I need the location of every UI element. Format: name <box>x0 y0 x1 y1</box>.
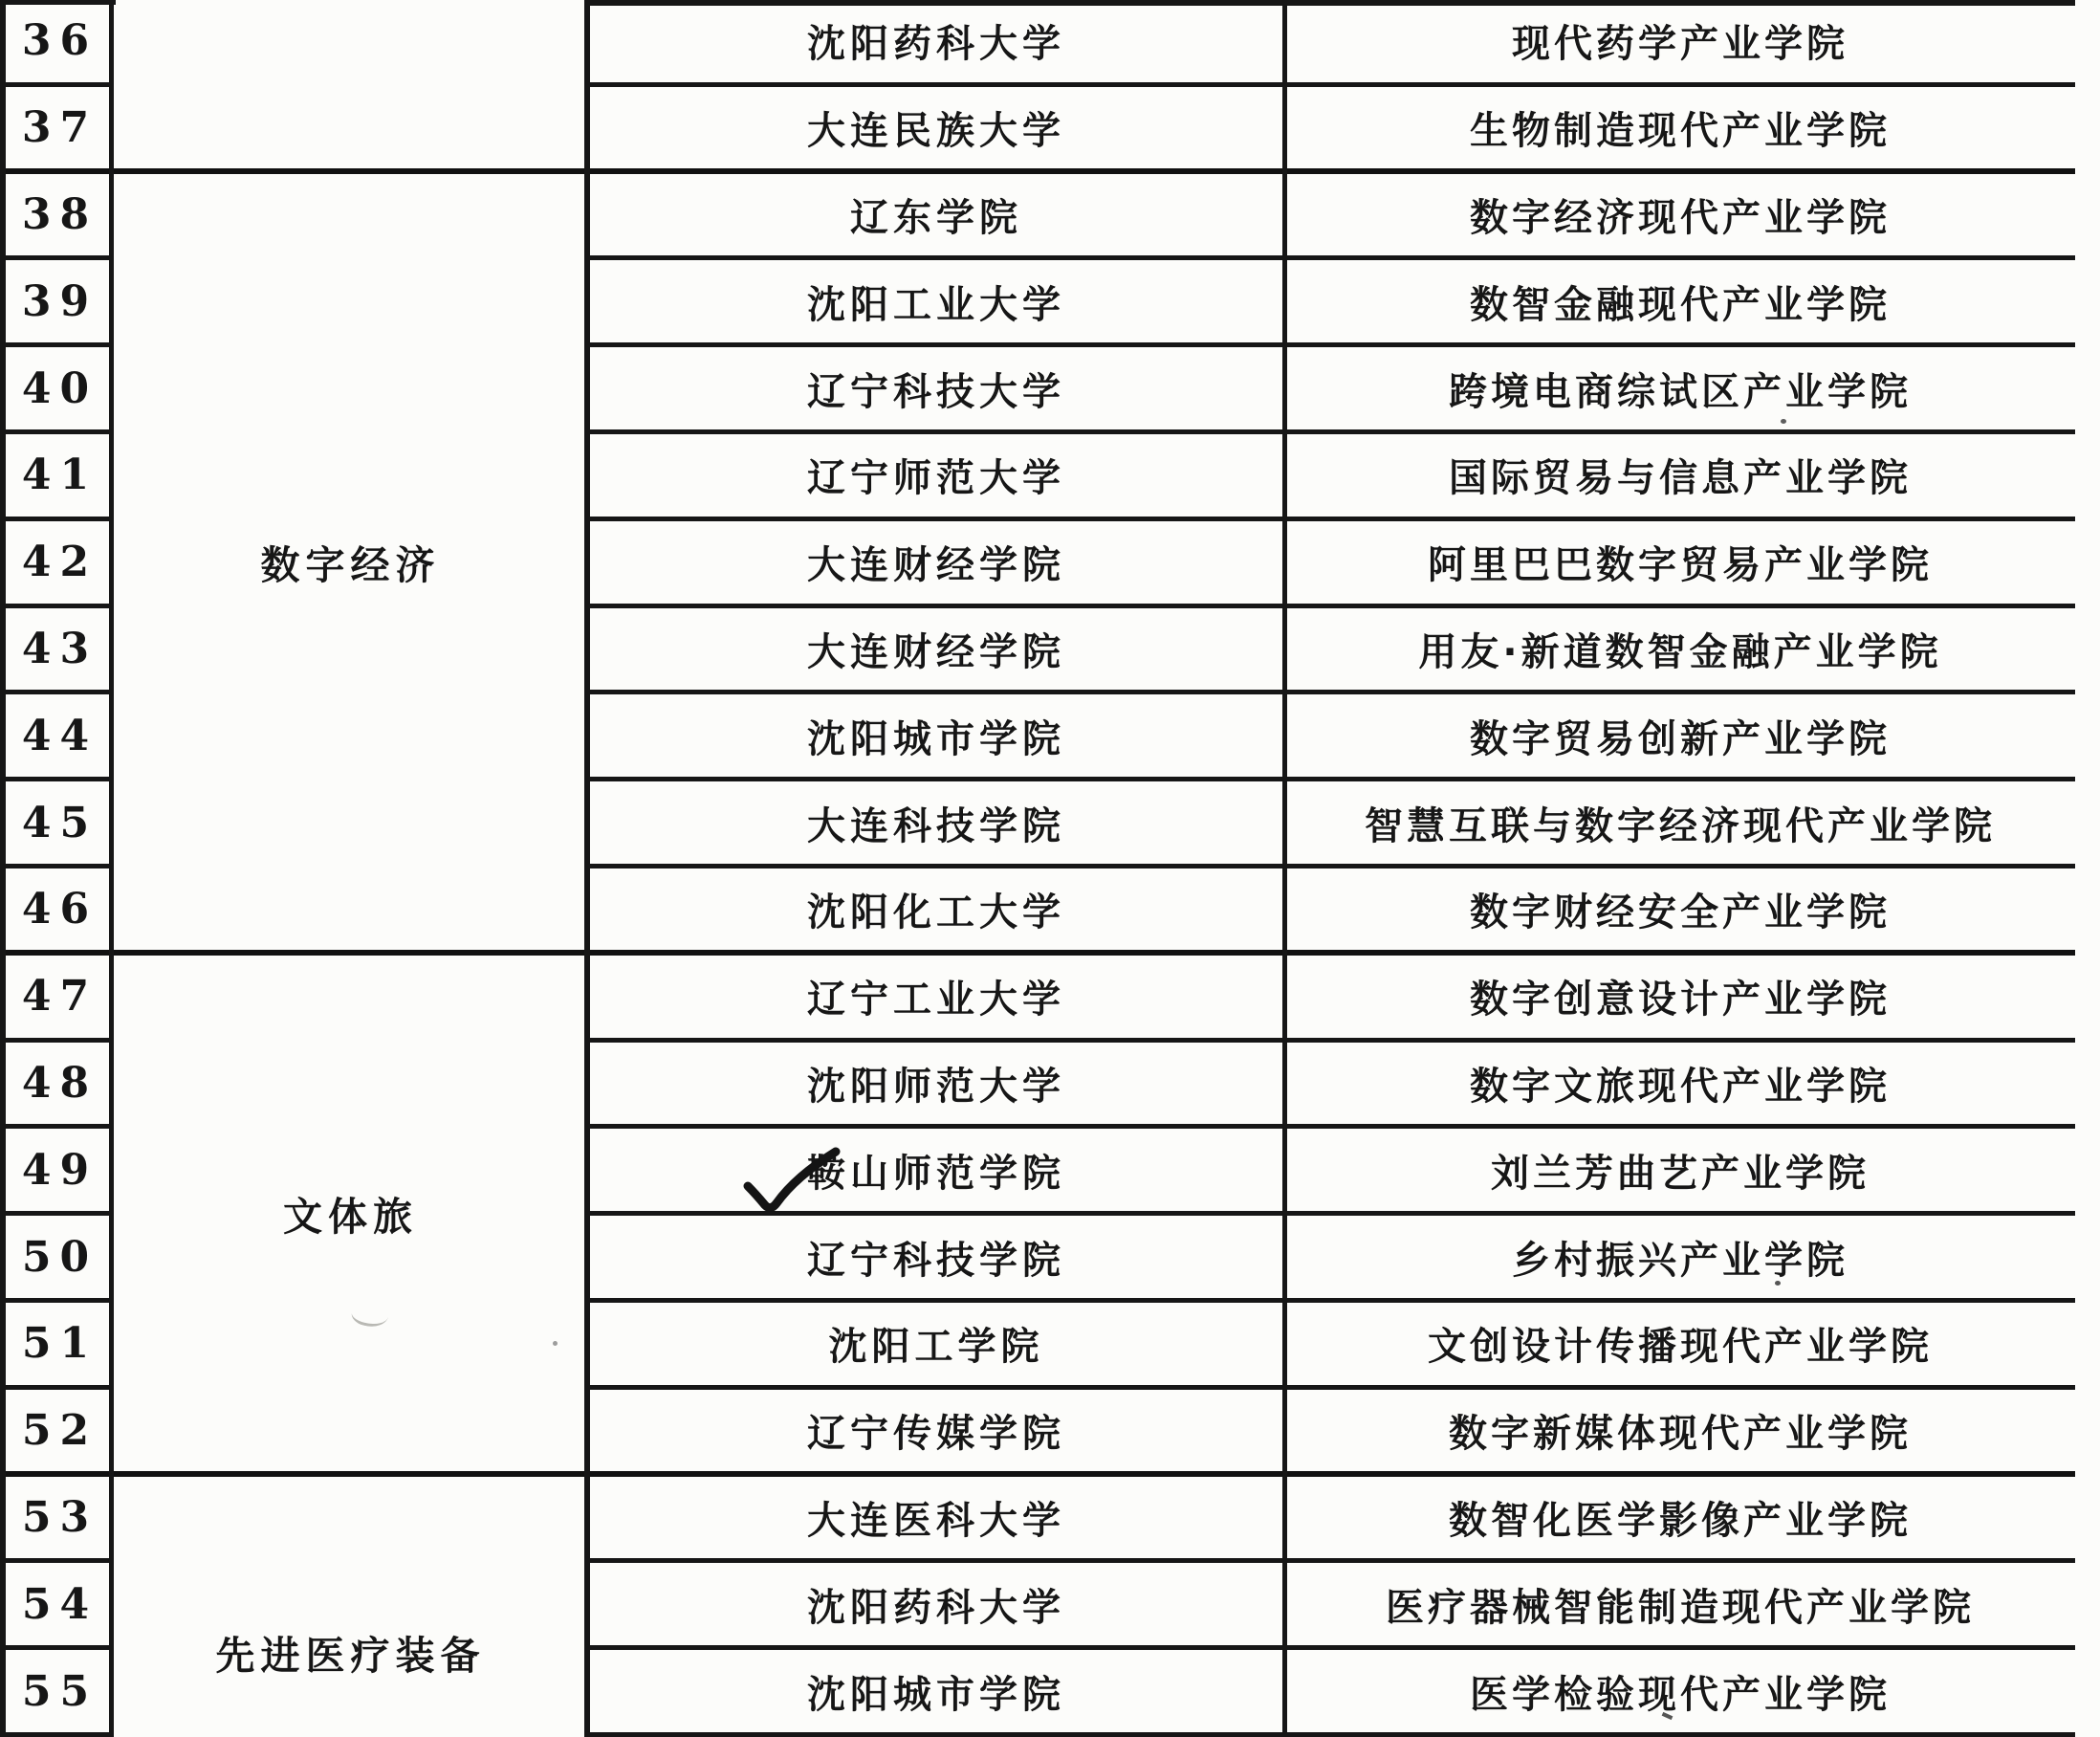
grid-line-university-column-border <box>1282 0 1287 1737</box>
row-number-cell: 52 <box>0 1390 114 1477</box>
university-cell: 沈阳工业大学 <box>587 260 1285 347</box>
row-number-cell: 53 <box>0 1477 114 1564</box>
row-number-cell: 42 <box>0 521 114 608</box>
university-cell: 大连财经学院 <box>587 521 1285 608</box>
university-cell: 沈阳药科大学 <box>587 0 1285 87</box>
college-cell: 数字文旅现代产业学院 <box>1285 1043 2075 1130</box>
college-cell: 数智化医学影像产业学院 <box>1285 1477 2075 1564</box>
university-cell: 辽东学院 <box>587 174 1285 261</box>
row-number-cell: 47 <box>0 956 114 1043</box>
college-cell: 乡村振兴产业学院 <box>1285 1216 2075 1303</box>
category-cell: 数字经济 <box>114 174 587 956</box>
row-number-cell: 46 <box>0 868 114 956</box>
row-number-cell: 43 <box>0 608 114 695</box>
grid-line-left-border <box>0 0 6 1737</box>
university-cell: 辽宁师范大学 <box>587 434 1285 521</box>
row-number-cell: 48 <box>0 1043 114 1130</box>
college-cell: 医学检验现代产业学院 <box>1285 1650 2075 1737</box>
category-cell <box>114 0 587 174</box>
college-cell: 跨境电商综试区产业学院 <box>1285 347 2075 434</box>
row-number-cell: 50 <box>0 1216 114 1303</box>
category-cell: 先进医疗装备 <box>114 1477 587 1737</box>
college-cell: 数字经济现代产业学院 <box>1285 174 2075 261</box>
row-number-cell: 39 <box>0 260 114 347</box>
scan-artifact <box>1781 419 1786 424</box>
university-cell: 大连科技学院 <box>587 781 1285 868</box>
university-cell: 沈阳城市学院 <box>587 1650 1285 1737</box>
college-cell: 数字创意设计产业学院 <box>1285 956 2075 1043</box>
row-number-cell: 38 <box>0 174 114 261</box>
college-cell: 医疗器械智能制造现代产业学院 <box>1285 1563 2075 1650</box>
row-number-cell: 49 <box>0 1129 114 1216</box>
university-cell: 沈阳药科大学 <box>587 1563 1285 1650</box>
category-cell: 文体旅 <box>114 956 587 1477</box>
college-cell: 数字财经安全产业学院 <box>1285 868 2075 956</box>
university-cell: 鞍山师范学院 <box>587 1129 1285 1216</box>
row-number-cell: 37 <box>0 87 114 174</box>
university-cell: 沈阳化工大学 <box>587 868 1285 956</box>
university-cell: 沈阳师范大学 <box>587 1043 1285 1130</box>
university-cell: 辽宁工业大学 <box>587 956 1285 1043</box>
university-cell: 辽宁传媒学院 <box>587 1390 1285 1477</box>
row-number-cell: 45 <box>0 781 114 868</box>
college-cell: 数智金融现代产业学院 <box>1285 260 2075 347</box>
college-cell: 数字新媒体现代产业学院 <box>1285 1390 2075 1477</box>
handwritten-checkmark <box>742 1144 842 1222</box>
university-cell: 大连医科大学 <box>587 1477 1285 1564</box>
college-cell: 数字贸易创新产业学院 <box>1285 694 2075 781</box>
college-cell: 现代药学产业学院 <box>1285 0 2075 87</box>
university-cell: 大连财经学院 <box>587 608 1285 695</box>
college-cell: 用友·新道数智金融产业学院 <box>1285 608 2075 695</box>
row-number-cell: 36 <box>0 0 114 87</box>
industry-college-table: 36 37 38 39 40 41 42 43 44 45 46 47 48 4… <box>0 0 2075 1737</box>
grid-line-number-column-border <box>109 0 114 1737</box>
university-cell: 大连民族大学 <box>587 87 1285 174</box>
row-number-cell: 40 <box>0 347 114 434</box>
college-cell: 刘兰芳曲艺产业学院 <box>1285 1129 2075 1216</box>
university-cell: 沈阳工学院 <box>587 1303 1285 1390</box>
college-cell: 阿里巴巴数字贸易产业学院 <box>1285 521 2075 608</box>
college-cell: 文创设计传播现代产业学院 <box>1285 1303 2075 1390</box>
row-number-cell: 41 <box>0 434 114 521</box>
scanned-document-page: 36 37 38 39 40 41 42 43 44 45 46 47 48 4… <box>0 0 2100 1737</box>
college-cell: 生物制造现代产业学院 <box>1285 87 2075 174</box>
university-cell: 沈阳城市学院 <box>587 694 1285 781</box>
college-cell: 国际贸易与信息产业学院 <box>1285 434 2075 521</box>
grid-line-top-border-right-segment <box>584 0 2075 6</box>
scan-artifact <box>553 1341 558 1346</box>
row-number-cell: 55 <box>0 1650 114 1737</box>
college-cell: 智慧互联与数字经济现代产业学院 <box>1285 781 2075 868</box>
row-number-cell: 51 <box>0 1303 114 1390</box>
row-number-cell: 54 <box>0 1563 114 1650</box>
university-cell: 辽宁科技大学 <box>587 347 1285 434</box>
grid-line-top-border-left-segment <box>0 0 116 5</box>
university-cell: 辽宁科技学院 <box>587 1216 1285 1303</box>
row-number-cell: 44 <box>0 694 114 781</box>
scan-artifact <box>1775 1281 1781 1286</box>
category-label: 先进医疗装备 <box>216 1624 486 1681</box>
grid-line-category-column-border <box>584 0 590 1737</box>
